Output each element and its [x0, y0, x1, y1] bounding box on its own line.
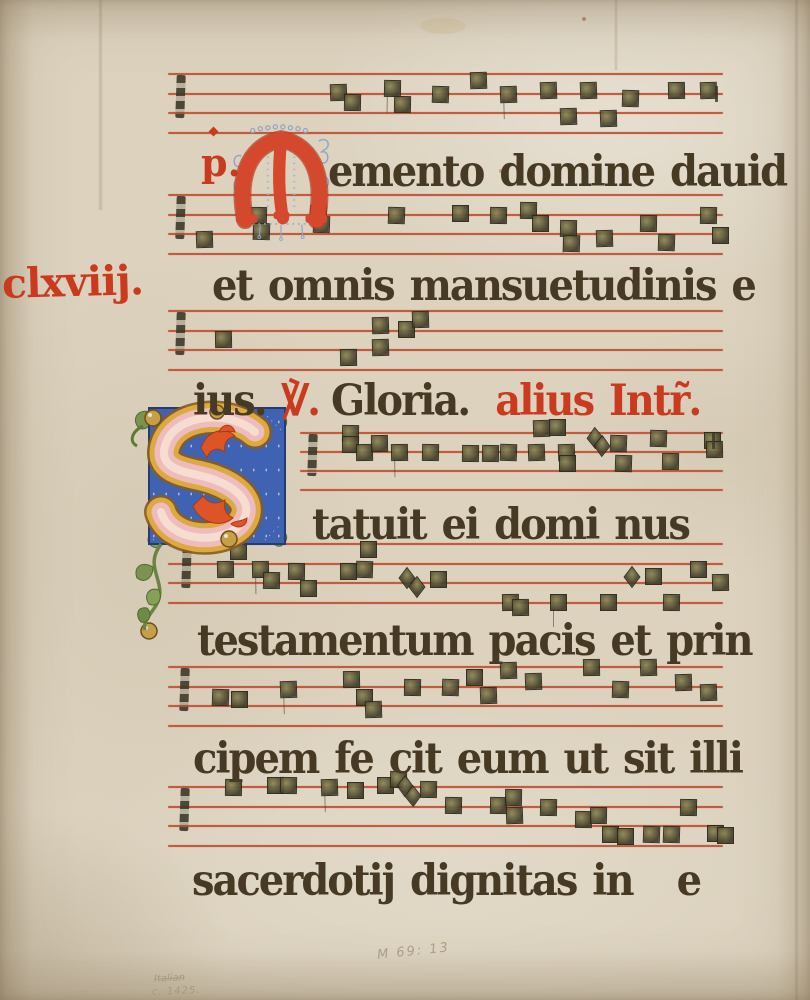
neume-square	[615, 455, 633, 473]
m-red-body	[236, 139, 327, 223]
text-segment: emento domine dauid	[328, 146, 786, 197]
text-segment: ius.	[193, 375, 266, 426]
clef-mark	[307, 434, 317, 476]
neume-square	[422, 444, 439, 461]
neume-square	[394, 96, 411, 113]
text-segment: et omnis mansuetudinis e	[212, 260, 755, 311]
clef-mark	[175, 196, 185, 239]
neume-square	[384, 80, 401, 97]
neume-square	[212, 689, 230, 707]
neume-square	[580, 82, 598, 100]
neume-square	[560, 108, 578, 126]
neume-square	[430, 571, 447, 588]
neume-square	[612, 681, 630, 699]
text-segment: cipem fe cit eum ut sit illi	[193, 733, 742, 784]
neume-square	[540, 799, 557, 816]
neume-square	[663, 594, 680, 611]
neume-square	[540, 82, 558, 100]
neume-square	[391, 444, 408, 461]
neume-square	[617, 828, 634, 845]
neume-square	[596, 230, 614, 248]
neume-square	[643, 826, 661, 844]
neume-square	[500, 86, 518, 104]
neume-square	[600, 110, 618, 128]
text-segment: ℣.	[282, 375, 319, 426]
manuscript-page: clxviij. p. M	[0, 0, 810, 1000]
neume-square	[490, 207, 507, 224]
text-segment: e	[677, 855, 700, 906]
pencil-attribution: Italian	[154, 972, 186, 985]
neume-square	[365, 701, 383, 719]
neume-square	[347, 782, 364, 799]
neume-square	[372, 339, 390, 357]
neume-square	[215, 331, 232, 348]
neume-square	[412, 311, 430, 329]
neume-square	[371, 435, 388, 452]
illuminated-initial-s: S	[123, 402, 293, 642]
neume-square	[356, 561, 374, 579]
neume-square	[658, 234, 676, 252]
neume-square	[690, 561, 707, 578]
neume-square	[466, 669, 483, 686]
staff-line	[168, 825, 723, 827]
neume-square	[300, 580, 317, 597]
s-tendril	[136, 544, 161, 630]
text-segment: tatuit ei domi nus	[312, 499, 689, 550]
neume-square	[343, 671, 360, 688]
neume-square	[610, 435, 628, 453]
neume-square	[196, 231, 214, 249]
clef-mark	[179, 788, 189, 831]
neume-square	[717, 827, 734, 844]
clef-mark	[175, 75, 185, 118]
neume-square	[640, 215, 657, 232]
neume-square	[340, 349, 357, 366]
neume-square	[650, 430, 668, 448]
chant-line-1: emento domine dauid	[328, 146, 786, 197]
staff-line	[168, 330, 723, 332]
chant-line-3: ius.℣.Gloria.alius Intr̃.	[193, 375, 700, 426]
folio-number: clxviij.	[1, 256, 143, 308]
neume-square	[470, 72, 488, 90]
neume-square	[340, 563, 357, 580]
neume-square	[505, 789, 522, 806]
illuminated-initial-m: M	[232, 124, 330, 239]
chant-line-4: tatuit ei domi nus	[312, 499, 689, 550]
neume-square	[668, 82, 685, 99]
pencil-date: c. 1425.	[152, 985, 201, 998]
neume-square	[372, 317, 390, 335]
staff-line	[300, 489, 723, 491]
custos-mark	[715, 86, 718, 102]
neume-square	[680, 799, 697, 816]
neume-square	[532, 215, 549, 232]
text-segment: Gloria.	[331, 375, 469, 426]
neume-square	[432, 86, 450, 104]
neume-square	[442, 679, 460, 697]
chant-line-5: testamentum pacis et prin	[197, 615, 752, 666]
staff-line	[168, 112, 723, 114]
custos-mark	[712, 433, 715, 449]
neume-square	[388, 207, 406, 225]
staff-line	[168, 253, 723, 255]
neume-square	[344, 94, 361, 111]
crease	[98, 0, 103, 210]
neume-square	[404, 679, 421, 696]
chant-line-7: sacerdotij dignitas ine	[192, 855, 700, 906]
pencil-shelfmark: M 69: 13	[376, 940, 450, 963]
neume-square	[700, 207, 717, 224]
stain	[582, 17, 586, 21]
neume-square	[500, 444, 518, 462]
neume-square	[231, 691, 248, 708]
neume-square	[663, 826, 681, 844]
chant-line-6: cipem fe cit eum ut sit illi	[193, 733, 742, 784]
neume-square	[528, 444, 546, 462]
text-segment: sacerdotij dignitas in	[192, 855, 633, 906]
neume-square	[525, 673, 543, 691]
neume-square	[462, 445, 479, 462]
neume-square	[482, 445, 499, 462]
neume-square	[712, 227, 729, 244]
neume-square	[675, 674, 693, 692]
neume-square	[563, 235, 581, 253]
stain	[420, 18, 466, 34]
neume-square	[512, 599, 529, 616]
neume-diamond	[623, 566, 640, 589]
crease	[794, 0, 799, 1000]
text-segment: alius Intr̃.	[495, 375, 700, 426]
clef-mark	[175, 312, 185, 355]
neume-square	[662, 453, 679, 470]
staff-line	[168, 705, 723, 707]
neume-square	[550, 594, 567, 611]
neume-square	[712, 574, 729, 591]
clef-mark	[179, 668, 189, 711]
neume-square	[452, 205, 469, 222]
neume-square	[480, 687, 498, 705]
neume-square	[559, 455, 576, 472]
chant-line-2: et omnis mansuetudinis e	[212, 260, 755, 311]
neume-square	[600, 594, 617, 611]
staff-line	[168, 725, 723, 727]
neume-square	[445, 797, 462, 814]
staff-line	[300, 470, 723, 472]
neume-square	[645, 568, 662, 585]
staff-line	[168, 73, 723, 75]
neume-square	[590, 807, 607, 824]
staff-line	[168, 349, 723, 351]
neume-square	[700, 684, 718, 702]
neume-square	[506, 807, 524, 825]
staff-line	[168, 369, 723, 371]
staff-line	[168, 786, 723, 788]
neume-square	[622, 90, 640, 108]
staff-line	[168, 845, 723, 847]
text-segment: testamentum pacis et prin	[197, 615, 752, 666]
neume-square	[280, 681, 298, 699]
